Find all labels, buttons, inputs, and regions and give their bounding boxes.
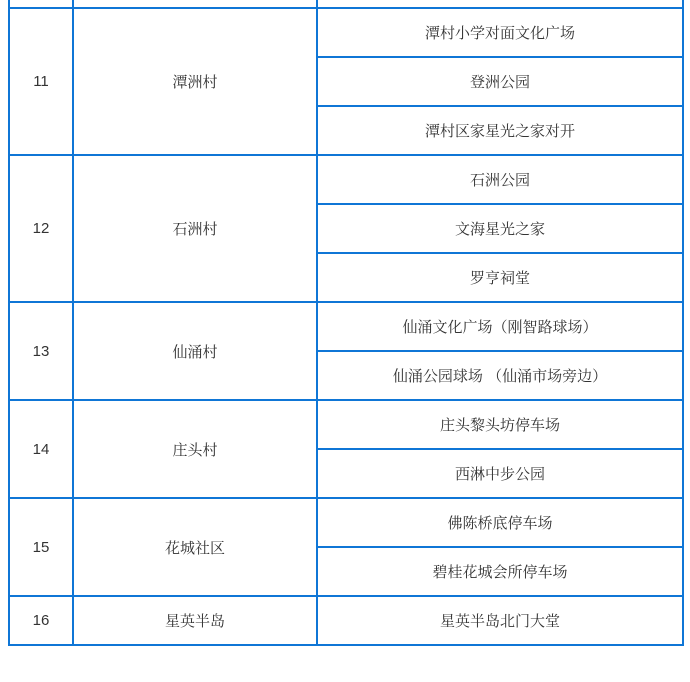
location-cell: 罗亨祠堂 — [317, 253, 683, 302]
table-row: 14庄头村庄头黎头坊停车场 — [9, 400, 683, 449]
village-name-cell: 庄头村 — [73, 400, 317, 498]
village-name-cell: 星英半岛 — [73, 596, 317, 645]
location-cell: 潭村小学对面文化广场 — [317, 8, 683, 57]
locations-table: 11潭洲村潭村小学对面文化广场登洲公园潭村区家星光之家对开12石洲村石洲公园文海… — [8, 0, 684, 646]
location-cell: 星英半岛北门大堂 — [317, 596, 683, 645]
location-cell: 碧桂花城会所停车场 — [317, 547, 683, 596]
row-number-cell: 16 — [9, 596, 73, 645]
partial-top-row — [9, 0, 683, 8]
location-cell: 庄头黎头坊停车场 — [317, 400, 683, 449]
locations-table-wrapper: 11潭洲村潭村小学对面文化广场登洲公园潭村区家星光之家对开12石洲村石洲公园文海… — [8, 0, 684, 646]
location-cell: 佛陈桥底停车场 — [317, 498, 683, 547]
table-row: 15花城社区佛陈桥底停车场 — [9, 498, 683, 547]
table-row: 13仙涌村仙涌文化广场（刚智路球场） — [9, 302, 683, 351]
row-number-cell: 11 — [9, 8, 73, 155]
location-cell: 西淋中步公园 — [317, 449, 683, 498]
village-name-cell: 花城社区 — [73, 498, 317, 596]
row-number-cell: 14 — [9, 400, 73, 498]
table-row: 16星英半岛星英半岛北门大堂 — [9, 596, 683, 645]
location-cell: 文海星光之家 — [317, 204, 683, 253]
partial-row-name-cell — [73, 0, 317, 8]
table-body: 11潭洲村潭村小学对面文化广场登洲公园潭村区家星光之家对开12石洲村石洲公园文海… — [9, 0, 683, 645]
village-name-cell: 石洲村 — [73, 155, 317, 302]
partial-row-location-cell — [317, 0, 683, 8]
table-row: 11潭洲村潭村小学对面文化广场 — [9, 8, 683, 57]
row-number-cell: 12 — [9, 155, 73, 302]
table-row: 12石洲村石洲公园 — [9, 155, 683, 204]
location-cell: 仙涌公园球场 （仙涌市场旁边） — [317, 351, 683, 400]
partial-row-number-cell — [9, 0, 73, 8]
village-name-cell: 潭洲村 — [73, 8, 317, 155]
location-cell: 潭村区家星光之家对开 — [317, 106, 683, 155]
row-number-cell: 15 — [9, 498, 73, 596]
village-name-cell: 仙涌村 — [73, 302, 317, 400]
location-cell: 仙涌文化广场（刚智路球场） — [317, 302, 683, 351]
location-cell: 登洲公园 — [317, 57, 683, 106]
location-cell: 石洲公园 — [317, 155, 683, 204]
row-number-cell: 13 — [9, 302, 73, 400]
